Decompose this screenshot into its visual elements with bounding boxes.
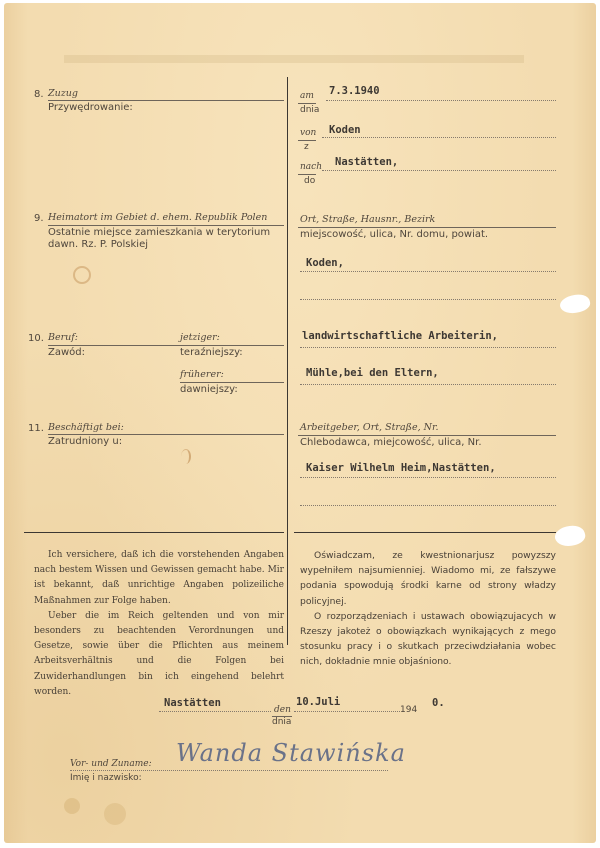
employer-field-line-2 bbox=[300, 505, 556, 506]
current-label-de: jetziger: bbox=[180, 332, 220, 344]
section11-right-rule bbox=[298, 435, 556, 436]
from-label-pl: z bbox=[304, 142, 309, 153]
paper-hole bbox=[553, 522, 587, 549]
date-label-pl: dnia bbox=[300, 105, 319, 116]
section9-label-de: Heimatort im Gebiet d. ehem. Republik Po… bbox=[48, 212, 267, 224]
name-field-line bbox=[70, 770, 388, 771]
name-label-de: Vor- und Zuname: bbox=[70, 759, 152, 770]
declaration-pl-paragraph-2: O rozporządzeniach i ustawach obowiązuja… bbox=[300, 609, 556, 670]
date-dnia-label: dnia bbox=[272, 717, 291, 728]
to-label-rule bbox=[298, 174, 316, 175]
from-label-de: von bbox=[300, 128, 316, 139]
from-place-value[interactable]: Koden bbox=[329, 124, 361, 136]
date-label-de: am bbox=[300, 91, 314, 102]
stain-spot bbox=[104, 803, 126, 825]
current-label-pl: teraźniejszy: bbox=[180, 347, 243, 359]
from-label-rule bbox=[298, 140, 316, 141]
declaration-de-paragraph-1: Ich versichere, daß ich die vorstehenden… bbox=[34, 548, 284, 609]
section11-rule bbox=[48, 434, 284, 435]
former-label-de: früherer: bbox=[180, 369, 224, 381]
stain-ring bbox=[73, 266, 91, 284]
migration-date-value[interactable]: 7.3.1940 bbox=[329, 85, 380, 97]
section8-rule bbox=[48, 100, 284, 101]
home-field-line-1 bbox=[300, 271, 556, 272]
year-suffix-value[interactable]: 0. bbox=[432, 697, 445, 709]
stain-mark bbox=[181, 449, 191, 464]
declaration-german: Ich versichere, daß ich die vorstehenden… bbox=[34, 548, 284, 700]
name-label-pl: Imię i nazwisko: bbox=[70, 773, 142, 784]
section8-label-pl: Przywędrowanie: bbox=[48, 102, 133, 114]
section8-label-de: Zuzug bbox=[48, 88, 78, 100]
current-occupation-line bbox=[300, 347, 556, 348]
from-field-line bbox=[322, 137, 556, 138]
former-label-pl: dawniejszy: bbox=[180, 384, 238, 396]
section11-number: 11. bbox=[28, 423, 44, 435]
date-den-label: den bbox=[274, 705, 291, 716]
signing-place-value[interactable]: Nastätten bbox=[164, 697, 221, 709]
declaration-polish: Oświadczam, ze kwestnionarjusz powyzszy … bbox=[300, 548, 556, 670]
home-place-value[interactable]: Koden, bbox=[306, 257, 344, 269]
declaration-de-paragraph-2: Ueber die im Reich geltenden und von mir… bbox=[34, 609, 284, 700]
date-field-line bbox=[326, 100, 556, 101]
section10-number: 10. bbox=[28, 333, 44, 345]
date-label-rule bbox=[298, 103, 316, 104]
section11-label-pl: Zatrudniony u: bbox=[48, 436, 122, 448]
column-divider bbox=[287, 77, 288, 645]
section8-number: 8. bbox=[34, 89, 44, 101]
section9-number: 9. bbox=[34, 213, 44, 225]
former-rule bbox=[180, 382, 284, 383]
section11-right-label-de: Arbeitgeber, Ort, Straße, Nr. bbox=[300, 422, 438, 434]
section9-right-rule bbox=[298, 227, 556, 228]
employer-field-line-1 bbox=[300, 477, 556, 478]
to-place-value[interactable]: Nastätten, bbox=[335, 156, 398, 168]
former-occupation-line bbox=[300, 384, 556, 385]
stain-spot bbox=[64, 798, 80, 814]
current-occupation-value[interactable]: landwirtschaftliche Arbeiterin, bbox=[302, 330, 498, 342]
section10-label-de: Beruf: bbox=[48, 332, 78, 344]
section11-right-label-pl: Chlebodawca, miejcowość, ulica, Nr. bbox=[300, 437, 482, 449]
section11-label-de: Beschäftigt bei: bbox=[48, 422, 124, 434]
signing-place-line bbox=[159, 711, 271, 712]
section10-label-pl: Zawód: bbox=[48, 347, 85, 359]
registration-form-page: 8. Zuzug Przywędrowanie: am dnia 7.3.194… bbox=[4, 3, 596, 843]
employer-value[interactable]: Kaiser Wilhelm Heim,Nastätten, bbox=[306, 462, 496, 474]
former-occupation-value[interactable]: Mühle,bei den Eltern, bbox=[306, 367, 439, 379]
section-separator-left bbox=[24, 532, 284, 533]
to-label-pl: do bbox=[304, 176, 315, 187]
signing-date-value[interactable]: 10.Juli bbox=[296, 696, 340, 708]
section9-right-label-de: Ort, Straße, Hausnr., Bezirk bbox=[300, 214, 435, 226]
to-field-line bbox=[322, 170, 556, 171]
section9-right-label-pl: miejscowość, ulica, Nr. domu, powiat. bbox=[300, 229, 488, 241]
section9-label-pl-2: dawn. Rz. P. Polskiej bbox=[48, 239, 148, 251]
declaration-pl-paragraph-1: Oświadczam, ze kwestnionarjusz powyzszy … bbox=[300, 548, 556, 609]
section9-label-pl-1: Ostatnie miejsce zamieszkania w terytori… bbox=[48, 227, 270, 239]
paper-hole bbox=[558, 291, 592, 316]
signing-date-line bbox=[294, 711, 400, 712]
home-field-line-2 bbox=[300, 299, 556, 300]
handwritten-signature[interactable]: Wanda Stawińska bbox=[176, 739, 406, 767]
section-separator-right bbox=[294, 532, 556, 533]
section9-rule bbox=[48, 225, 284, 226]
year-prefix: 194 bbox=[400, 705, 417, 716]
section10-rule bbox=[48, 345, 284, 346]
to-label-de: nach bbox=[300, 162, 322, 173]
bleed-through-text bbox=[64, 55, 524, 63]
